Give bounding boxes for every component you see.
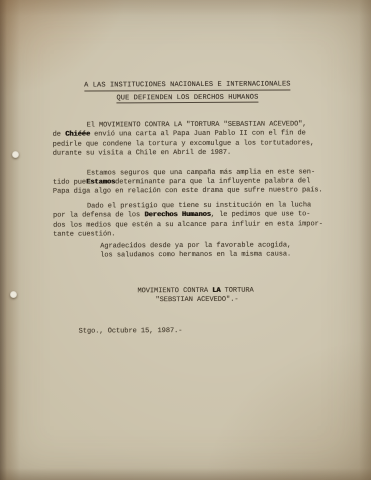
scanned-letter-page: A LAS INSTITUCIONES NACIONALES E INTERNA… bbox=[0, 0, 371, 480]
para-1-line-2-post: envió una carta al Papa Juan Pablo II co… bbox=[90, 130, 306, 139]
paragraph-2: Estamos seguros que una campaña más ampl… bbox=[53, 168, 323, 198]
para-3-line-4: tante cuestión. bbox=[53, 229, 323, 240]
para-4-line-2: los saludamos como hermanos en la misma … bbox=[100, 251, 323, 262]
heading-line-2-text: QUE DEFIENDEN LOS DERCHOS HUMANOS bbox=[116, 93, 258, 103]
punch-hole-bottom bbox=[10, 291, 17, 298]
punch-hole-top bbox=[12, 151, 19, 158]
signature-line-1-pre: MOVIMIENTO CONTRA bbox=[137, 287, 212, 295]
para-2-line-2-pre: tido pue bbox=[53, 179, 86, 187]
para-2-line-3: Papa diga algo en relación con este dram… bbox=[53, 187, 323, 198]
para-3-line-2-overstrike: Derechos Humanos bbox=[144, 211, 210, 219]
signature-line-1-overstrike: LA bbox=[212, 287, 220, 295]
para-3-line-3: dos los medios que estén a su alcance pa… bbox=[53, 220, 323, 231]
signature-block: MOVIMIENTO CONTRA LA TORTURA "SEBSTIAN A… bbox=[53, 286, 323, 306]
para-2-line-2-overstrike: Estamos bbox=[86, 178, 115, 186]
signature-line-1-post: TORTURA bbox=[220, 286, 253, 294]
heading-line-2: QUE DEFIENDEN LOS DERCHOS HUMANOS bbox=[52, 91, 322, 105]
paragraph-1: El MOVIMIENTO CONTRA LA "TORTURA "SEBAST… bbox=[53, 120, 323, 159]
heading-line-1-text: A LAS INSTITUCIONES NACIONALES E INTERNA… bbox=[84, 80, 290, 91]
paragraph-4: Agradecidos desde ya por la favorable ac… bbox=[53, 241, 323, 261]
para-3-line-2-pre: por la defensa de los bbox=[53, 211, 144, 219]
heading-line-1: A LAS INSTITUCIONES NACIONALES E INTERNA… bbox=[52, 78, 322, 92]
letter-heading: A LAS INSTITUCIONES NACIONALES E INTERNA… bbox=[52, 78, 322, 104]
para-3-line-2-post: , le pedimos que use to- bbox=[211, 211, 311, 220]
para-2-line-2-post: determinante para que la influyente pala… bbox=[115, 177, 310, 186]
letter-content: A LAS INSTITUCIONES NACIONALES E INTERNA… bbox=[52, 78, 323, 336]
paragraph-3: Dado el prestigio que tiene su instituci… bbox=[53, 201, 323, 240]
signature-line-2: "SEBSTIAN ACEVEDO".- bbox=[137, 295, 323, 305]
date-line: Stgo., Octubre 15, 1987.- bbox=[54, 326, 324, 337]
para-1-line-4: durante su visita a Chile en Abril de 19… bbox=[53, 149, 323, 160]
para-1-line-2-overstrike: Chiéée bbox=[65, 131, 90, 139]
para-1-line-2-pre: de bbox=[53, 131, 65, 139]
